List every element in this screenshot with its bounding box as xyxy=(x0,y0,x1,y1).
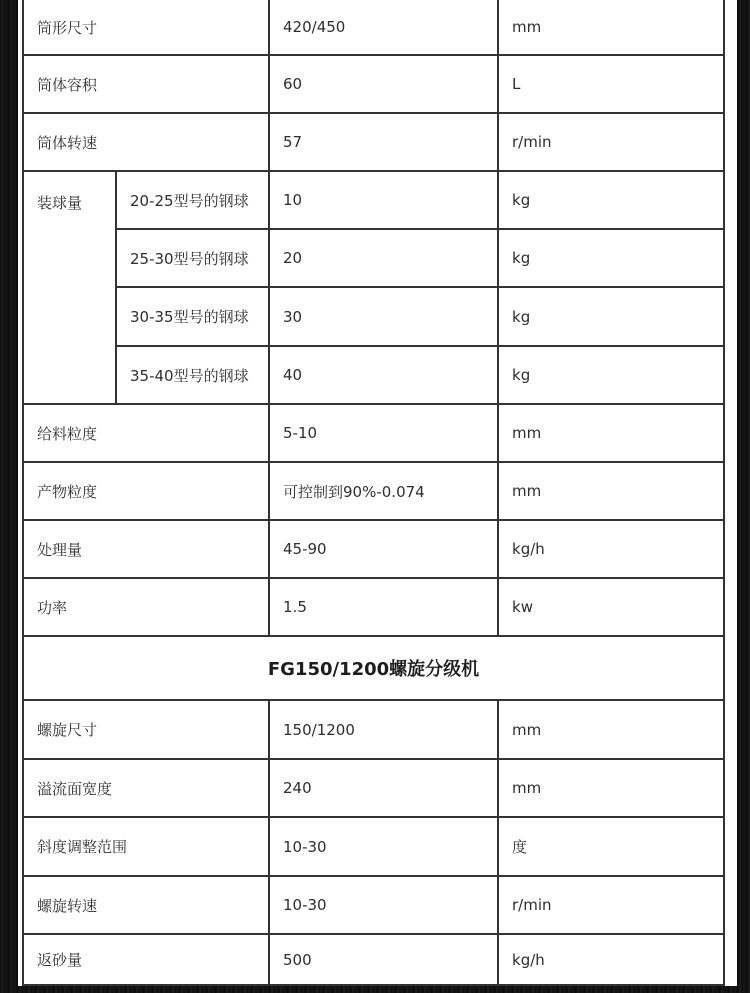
spec-unit: kg xyxy=(498,287,724,346)
spec-label: 螺旋尺寸 xyxy=(23,700,269,759)
spec-unit: r/min xyxy=(498,876,724,934)
spec-row: 35-40型号的钢球 40 kg xyxy=(23,346,724,404)
spec-value: 10 xyxy=(269,171,498,229)
spec-row: 筒体容积 60 L xyxy=(23,55,724,113)
spec-row: 螺旋尺寸 150/1200 mm xyxy=(23,700,724,759)
spec-unit: mm xyxy=(498,700,724,759)
spec-label: 给料粒度 xyxy=(23,404,269,462)
spec-row: 斜度调整范围 10-30 度 xyxy=(23,817,724,876)
ball-size-label: 35-40型号的钢球 xyxy=(116,346,269,404)
spec-label: 筒体转速 xyxy=(23,113,269,171)
spec-unit: mm xyxy=(498,0,724,55)
content-panel: 筒形尺寸 420/450 mm 筒体容积 60 L 筒体转速 57 r/min … xyxy=(18,0,737,986)
spec-value: 可控制到90%-0.074 xyxy=(269,462,498,520)
spec-row: 装球量 20-25型号的钢球 10 kg xyxy=(23,171,724,229)
spec-value: 57 xyxy=(269,113,498,171)
spec-value: 20 xyxy=(269,229,498,287)
spec-unit: mm xyxy=(498,759,724,817)
spec-unit: L xyxy=(498,55,724,113)
spec-label: 返砂量 xyxy=(23,934,269,985)
spec-value: 240 xyxy=(269,759,498,817)
spec-unit: mm xyxy=(498,462,724,520)
spec-value: 150/1200 xyxy=(269,700,498,759)
spec-value: 5-10 xyxy=(269,404,498,462)
spec-unit: kw xyxy=(498,578,724,636)
ball-loading-label: 装球量 xyxy=(23,171,116,404)
spec-value: 30 xyxy=(269,287,498,346)
spec-row: 螺旋转速 10-30 r/min xyxy=(23,876,724,934)
spec-value: 1.5 xyxy=(269,578,498,636)
spec-unit: 度 xyxy=(498,817,724,876)
spec-row: 30-35型号的钢球 30 kg xyxy=(23,287,724,346)
spec-value: 420/450 xyxy=(269,0,498,55)
spec-value: 60 xyxy=(269,55,498,113)
spec-unit: kg/h xyxy=(498,934,724,985)
spec-row: 筒形尺寸 420/450 mm xyxy=(23,0,724,55)
spec-row: 产物粒度 可控制到90%-0.074 mm xyxy=(23,462,724,520)
spec-unit: r/min xyxy=(498,113,724,171)
ball-size-label: 20-25型号的钢球 xyxy=(116,171,269,229)
spec-row: 功率 1.5 kw xyxy=(23,578,724,636)
spec-value: 40 xyxy=(269,346,498,404)
spec-label: 产物粒度 xyxy=(23,462,269,520)
spec-row: 返砂量 500 kg/h xyxy=(23,934,724,985)
ball-size-label: 30-35型号的钢球 xyxy=(116,287,269,346)
spec-row: 筒体转速 57 r/min xyxy=(23,113,724,171)
spec-label: 功率 xyxy=(23,578,269,636)
spec-value: 10-30 xyxy=(269,876,498,934)
spec-value: 10-30 xyxy=(269,817,498,876)
spec-label: 螺旋转速 xyxy=(23,876,269,934)
spec-unit: kg/h xyxy=(498,520,724,578)
ball-size-label: 25-30型号的钢球 xyxy=(116,229,269,287)
spec-label: 处理量 xyxy=(23,520,269,578)
spec-row: 25-30型号的钢球 20 kg xyxy=(23,229,724,287)
spec-unit: kg xyxy=(498,229,724,287)
spec-value: 500 xyxy=(269,934,498,985)
spec-row: 处理量 45-90 kg/h xyxy=(23,520,724,578)
spec-label: 筒体容积 xyxy=(23,55,269,113)
spec-label: 溢流面宽度 xyxy=(23,759,269,817)
spec-row: 给料粒度 5-10 mm xyxy=(23,404,724,462)
spec-table: 筒形尺寸 420/450 mm 筒体容积 60 L 筒体转速 57 r/min … xyxy=(22,0,725,986)
section-title: FG150/1200螺旋分级机 xyxy=(23,636,724,700)
section-title-row: FG150/1200螺旋分级机 xyxy=(23,636,724,700)
spec-label: 斜度调整范围 xyxy=(23,817,269,876)
page-background: 筒形尺寸 420/450 mm 筒体容积 60 L 筒体转速 57 r/min … xyxy=(0,0,750,993)
spec-value: 45-90 xyxy=(269,520,498,578)
spec-unit: kg xyxy=(498,171,724,229)
spec-unit: kg xyxy=(498,346,724,404)
spec-unit: mm xyxy=(498,404,724,462)
spec-label: 筒形尺寸 xyxy=(23,0,269,55)
spec-row: 溢流面宽度 240 mm xyxy=(23,759,724,817)
